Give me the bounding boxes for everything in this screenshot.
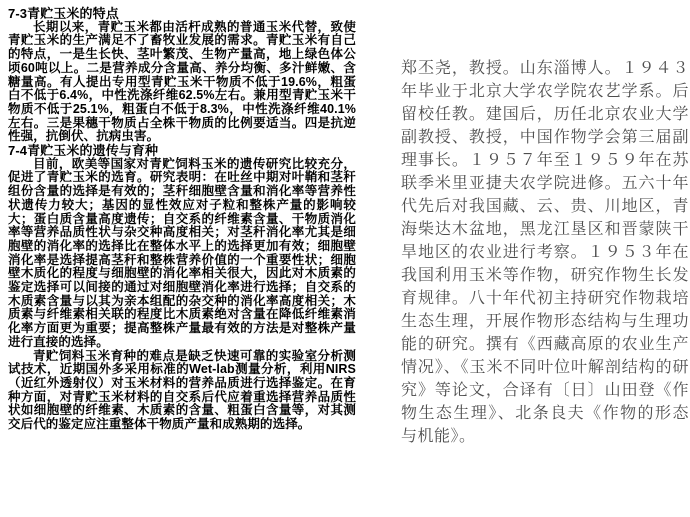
section-7-4-paragraph-2: 青贮饲料玉米育种的难点是缺乏快速可靠的实验室分析测试技术，近期国外多采用标准的W… xyxy=(8,350,356,432)
document-page: 7-3青贮玉米的特点 长期以来，青贮玉米都由活杆成熟的普通玉米代替，致使青贮玉米… xyxy=(0,0,690,517)
left-text-column: 7-3青贮玉米的特点 长期以来，青贮玉米都由活杆成熟的普通玉米代替，致使青贮玉米… xyxy=(8,7,356,432)
section-7-4-paragraph-1: 目前，欧美等国家对青贮饲料玉米的遗传研究比较充分，促进了青贮玉米的选育。研究表明… xyxy=(8,158,356,350)
biography-paragraph: 郑丕尧，教授。山东淄博人。１９４３年毕业于北京大学农学院农艺学系。后留校任教。建… xyxy=(401,57,689,448)
right-text-column: 郑丕尧，教授。山东淄博人。１９４３年毕业于北京大学农学院农艺学系。后留校任教。建… xyxy=(401,57,689,448)
section-7-3-paragraph: 长期以来，青贮玉米都由活杆成熟的普通玉米代替，致使青贮玉米的生产满足不了畜牧业发… xyxy=(8,21,356,144)
section-heading-7-4: 7-4青贮玉米的遗传与育种 xyxy=(8,144,356,158)
section-heading-7-3: 7-3青贮玉米的特点 xyxy=(8,7,356,21)
